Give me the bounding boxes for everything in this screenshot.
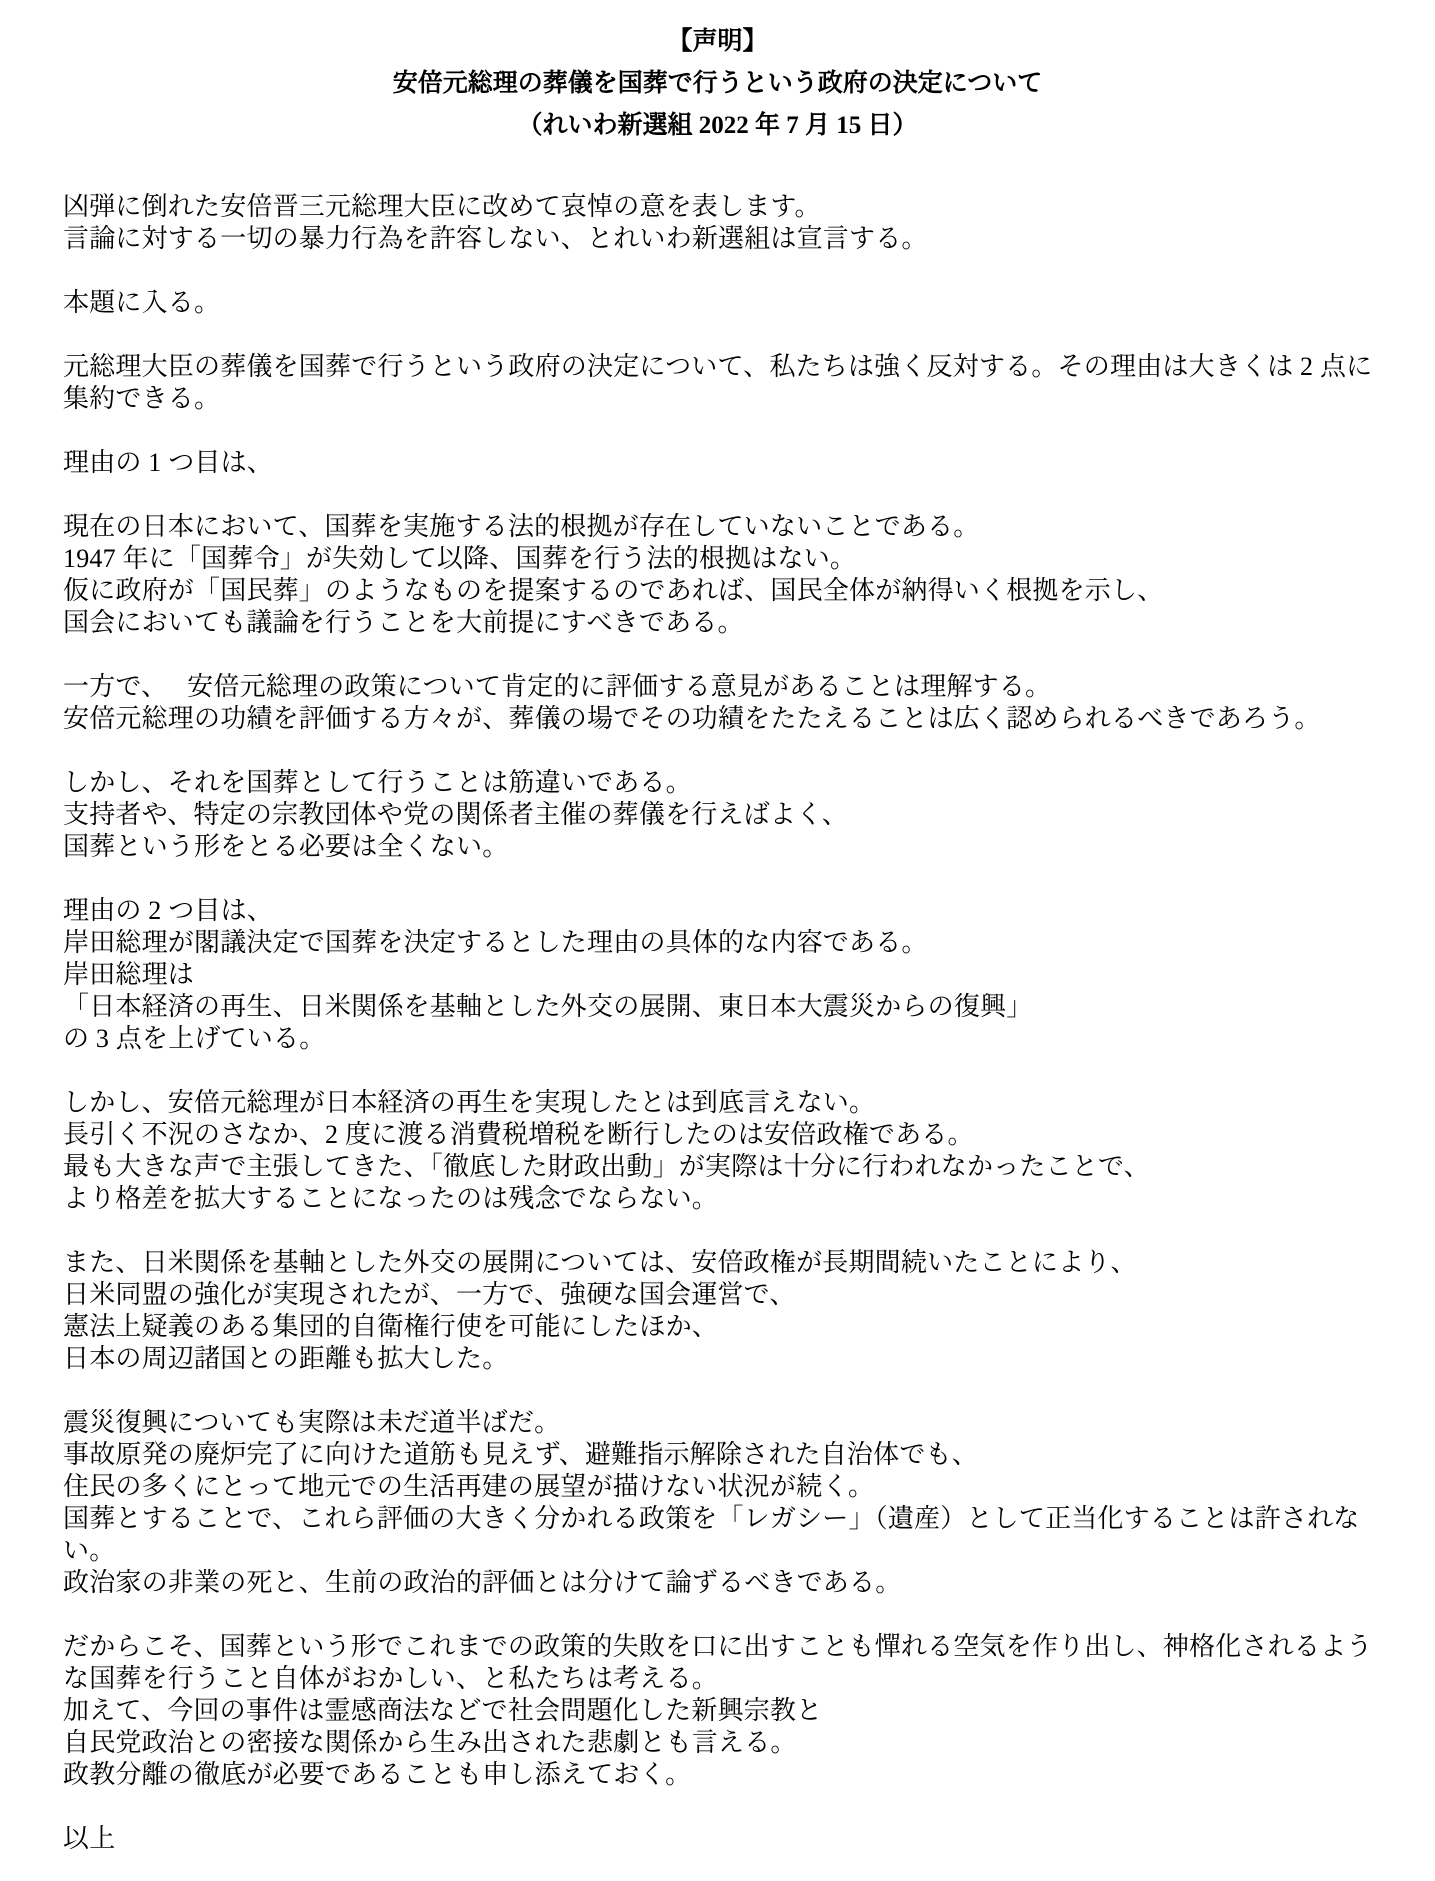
text-line: 理由の 1 つ目は、	[63, 447, 1395, 479]
text-line: い。	[63, 1535, 1395, 1567]
text-line: 事故原発の廃炉完了に向けた道筋も見えず、避難指示解除された自治体でも、	[63, 1439, 1395, 1471]
text-line: 言論に対する一切の暴力行為を許容しない、とれいわ新選組は宣言する。	[63, 223, 1395, 255]
paragraph: 凶弾に倒れた安倍晋三元総理大臣に改めて哀悼の意を表します。言論に対する一切の暴力…	[63, 191, 1395, 255]
text-line: 以上	[63, 1823, 1395, 1855]
paragraph: しかし、安倍元総理が日本経済の再生を実現したとは到底言えない。長引く不況のさなか…	[63, 1087, 1395, 1215]
text-line: 理由の 2 つ目は、	[63, 895, 1395, 927]
text-line: 住民の多くにとって地元での生活再建の展望が描けない状況が続く。	[63, 1471, 1395, 1503]
text-line: 政教分離の徹底が必要であることも申し添えておく。	[63, 1759, 1395, 1791]
text-line: な国葬を行うこと自体がおかしい、と私たちは考える。	[63, 1663, 1395, 1695]
text-line: 最も大きな声で主張してきた、「徹底した財政出動」が実際は十分に行われなかったこと…	[63, 1151, 1395, 1183]
text-line: 日米同盟の強化が実現されたが、一方で、強硬な国会運営で、	[63, 1279, 1395, 1311]
text-line: 集約できる。	[63, 383, 1395, 415]
paragraph: 理由の 1 つ目は、	[63, 447, 1395, 479]
text-line: 1947 年に「国葬令」が失効して以降、国葬を行う法的根拠はない。	[63, 543, 1395, 575]
text-line: 国葬とすることで、これら評価の大きく分かれる政策を「レガシー」（遺産）として正当…	[63, 1503, 1395, 1535]
text-line: 震災復興についても実際は未だ道半ばだ。	[63, 1407, 1395, 1439]
text-line: しかし、安倍元総理が日本経済の再生を実現したとは到底言えない。	[63, 1087, 1395, 1119]
text-line: 国会においても議論を行うことを大前提にすべきである。	[63, 607, 1395, 639]
paragraph: 現在の日本において、国葬を実施する法的根拠が存在していないことである。1947 …	[63, 511, 1395, 639]
paragraph: 震災復興についても実際は未だ道半ばだ。事故原発の廃炉完了に向けた道筋も見えず、避…	[63, 1407, 1395, 1599]
text-line: 岸田総理が閣議決定で国葬を決定するとした理由の具体的な内容である。	[63, 927, 1395, 959]
text-line: 一方で、 安倍元総理の政策について肯定的に評価する意見があることは理解する。	[63, 671, 1395, 703]
text-line: より格差を拡大することになったのは残念でならない。	[63, 1183, 1395, 1215]
statement-body: 凶弾に倒れた安倍晋三元総理大臣に改めて哀悼の意を表します。言論に対する一切の暴力…	[0, 191, 1435, 1855]
paragraph: 元総理大臣の葬儀を国葬で行うという政府の決定について、私たちは強く反対する。その…	[63, 351, 1395, 415]
text-line: 憲法上疑義のある集団的自衛権行使を可能にしたほか、	[63, 1311, 1395, 1343]
text-line: 政治家の非業の死と、生前の政治的評価とは分けて論ずるべきである。	[63, 1567, 1395, 1599]
statement-page: 【声明】 安倍元総理の葬儀を国葬で行うという政府の決定について （れいわ新選組 …	[0, 0, 1435, 1881]
statement-heading: 【声明】	[0, 21, 1435, 63]
text-line: 加えて、今回の事件は霊感商法などで社会問題化した新興宗教と	[63, 1695, 1395, 1727]
paragraph: 本題に入る。	[63, 287, 1395, 319]
text-line: 国葬という形をとる必要は全くない。	[63, 831, 1395, 863]
text-line: 岸田総理は	[63, 959, 1395, 991]
text-line: 凶弾に倒れた安倍晋三元総理大臣に改めて哀悼の意を表します。	[63, 191, 1395, 223]
text-line: また、日米関係を基軸とした外交の展開については、安倍政権が長期間続いたことにより…	[63, 1247, 1395, 1279]
paragraph: 一方で、 安倍元総理の政策について肯定的に評価する意見があることは理解する。安倍…	[63, 671, 1395, 735]
text-line: 本題に入る。	[63, 287, 1395, 319]
paragraph: だからこそ、国葬という形でこれまでの政策的失敗を口に出すことも憚れる空気を作り出…	[63, 1631, 1395, 1791]
text-line: 安倍元総理の功績を評価する方々が、葬儀の場でその功績をたたえることは広く認められ…	[63, 703, 1395, 735]
paragraph: 以上	[63, 1823, 1395, 1855]
statement-subtitle: 安倍元総理の葬儀を国葬で行うという政府の決定について	[0, 63, 1435, 105]
text-line: 元総理大臣の葬儀を国葬で行うという政府の決定について、私たちは強く反対する。その…	[63, 351, 1395, 383]
paragraph: 理由の 2 つ目は、岸田総理が閣議決定で国葬を決定するとした理由の具体的な内容で…	[63, 895, 1395, 1055]
text-line: 日本の周辺諸国との距離も拡大した。	[63, 1343, 1395, 1375]
text-line: 自民党政治との密接な関係から生み出された悲劇とも言える。	[63, 1727, 1395, 1759]
text-line: 「日本経済の再生、日米関係を基軸とした外交の展開、東日本大震災からの復興」	[63, 991, 1395, 1023]
statement-date-line: （れいわ新選組 2022 年 7 月 15 日）	[0, 105, 1435, 147]
text-line: 仮に政府が「国民葬」のようなものを提案するのであれば、国民全体が納得いく根拠を示…	[63, 575, 1395, 607]
statement-title-block: 【声明】 安倍元総理の葬儀を国葬で行うという政府の決定について （れいわ新選組 …	[0, 0, 1435, 147]
paragraph: また、日米関係を基軸とした外交の展開については、安倍政権が長期間続いたことにより…	[63, 1247, 1395, 1375]
text-line: の 3 点を上げている。	[63, 1023, 1395, 1055]
text-line: しかし、それを国葬として行うことは筋違いである。	[63, 767, 1395, 799]
text-line: 支持者や、特定の宗教団体や党の関係者主催の葬儀を行えばよく、	[63, 799, 1395, 831]
text-line: 長引く不況のさなか、2 度に渡る消費税増税を断行したのは安倍政権である。	[63, 1119, 1395, 1151]
paragraph: しかし、それを国葬として行うことは筋違いである。支持者や、特定の宗教団体や党の関…	[63, 767, 1395, 863]
text-line: だからこそ、国葬という形でこれまでの政策的失敗を口に出すことも憚れる空気を作り出…	[63, 1631, 1395, 1663]
text-line: 現在の日本において、国葬を実施する法的根拠が存在していないことである。	[63, 511, 1395, 543]
